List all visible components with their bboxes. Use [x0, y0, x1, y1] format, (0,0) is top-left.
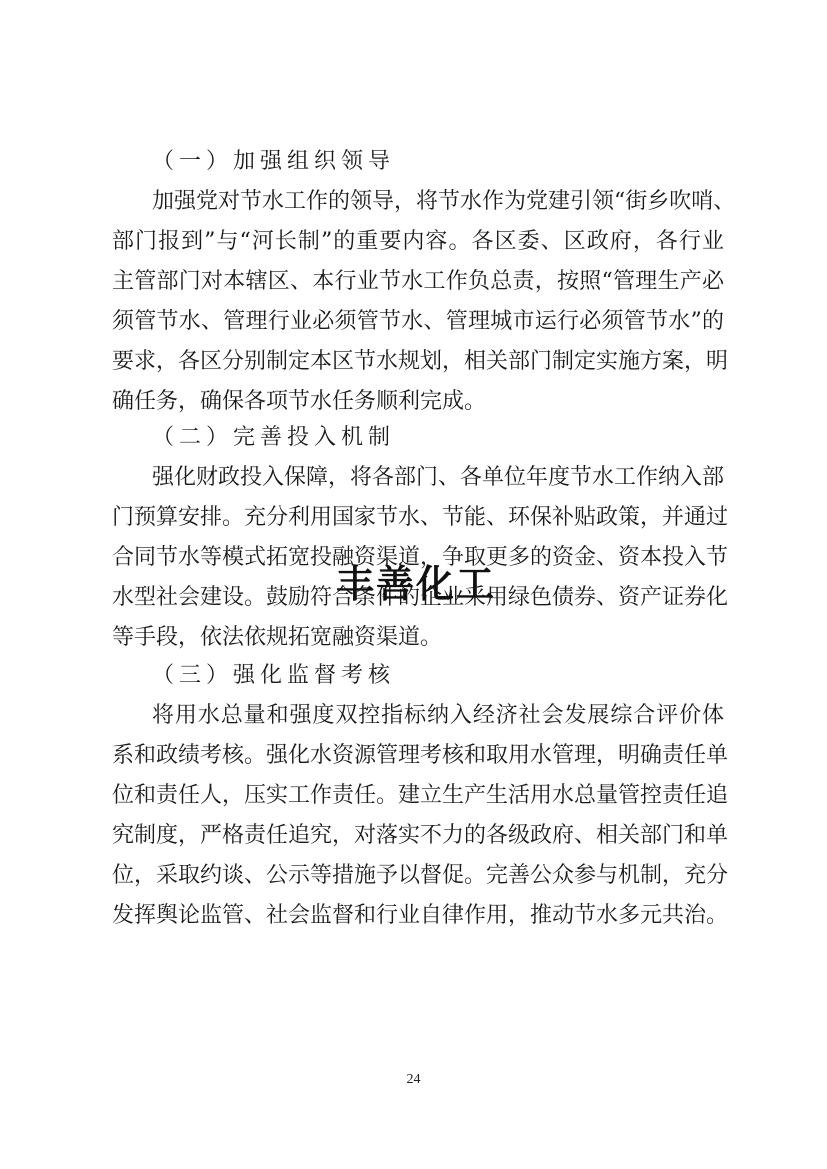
paragraph-line: 究制度，严格责任追究，对落实不力的各级政府、相关部门和单 — [112, 816, 724, 856]
document-page: （一）加强组织领导 加强党对节水工作的领导，将节水作为党建引领“街乡吹哨、 部门… — [0, 0, 827, 1169]
section-heading-3: （三）强化监督考核 — [152, 656, 395, 696]
paragraph-line: 加强党对节水工作的领导，将节水作为党建引领“街乡吹哨、 — [152, 182, 724, 222]
watermark: 丰善化工 — [336, 562, 496, 606]
paragraph-line: 部门报到”与“河长制”的重要内容。各区委、区政府，各行业 — [112, 222, 724, 262]
paragraph-line: 要求，各区分别制定本区节水规划，相关部门制定实施方案，明 — [112, 342, 724, 382]
page-number: 24 — [0, 1072, 827, 1088]
paragraph-line: 主管部门对本辖区、本行业节水工作负总责，按照“管理生产必 — [112, 262, 724, 302]
paragraph-line: 位和责任人，压实工作责任。建立生产生活用水总量管控责任追 — [112, 776, 724, 816]
section-heading-2: （二）完善投入机制 — [152, 418, 395, 458]
paragraph-line: 须管节水、管理行业必须管节水、管理城市运行必须管节水”的 — [112, 302, 724, 342]
section-heading-1: （一）加强组织领导 — [152, 142, 395, 182]
paragraph-line: 确任务，确保各项节水任务顺利完成。 — [112, 382, 724, 422]
paragraph-line: 位，采取约谈、公示等措施予以督促。完善公众参与机制，充分 — [112, 856, 724, 896]
paragraph-line: 将用水总量和强度双控指标纳入经济社会发展综合评价体 — [152, 696, 724, 736]
paragraph-line: 门预算安排。充分利用国家节水、节能、环保补贴政策，并通过 — [112, 498, 724, 538]
paragraph-line: 发挥舆论监管、社会监督和行业自律作用，推动节水多元共治。 — [112, 896, 724, 936]
paragraph-line: 强化财政投入保障，将各部门、各单位年度节水工作纳入部 — [152, 458, 724, 498]
paragraph-line: 系和政绩考核。强化水资源管理考核和取用水管理，明确责任单 — [112, 736, 724, 776]
paragraph-line: 等手段，依法依规拓宽融资渠道。 — [112, 618, 724, 658]
